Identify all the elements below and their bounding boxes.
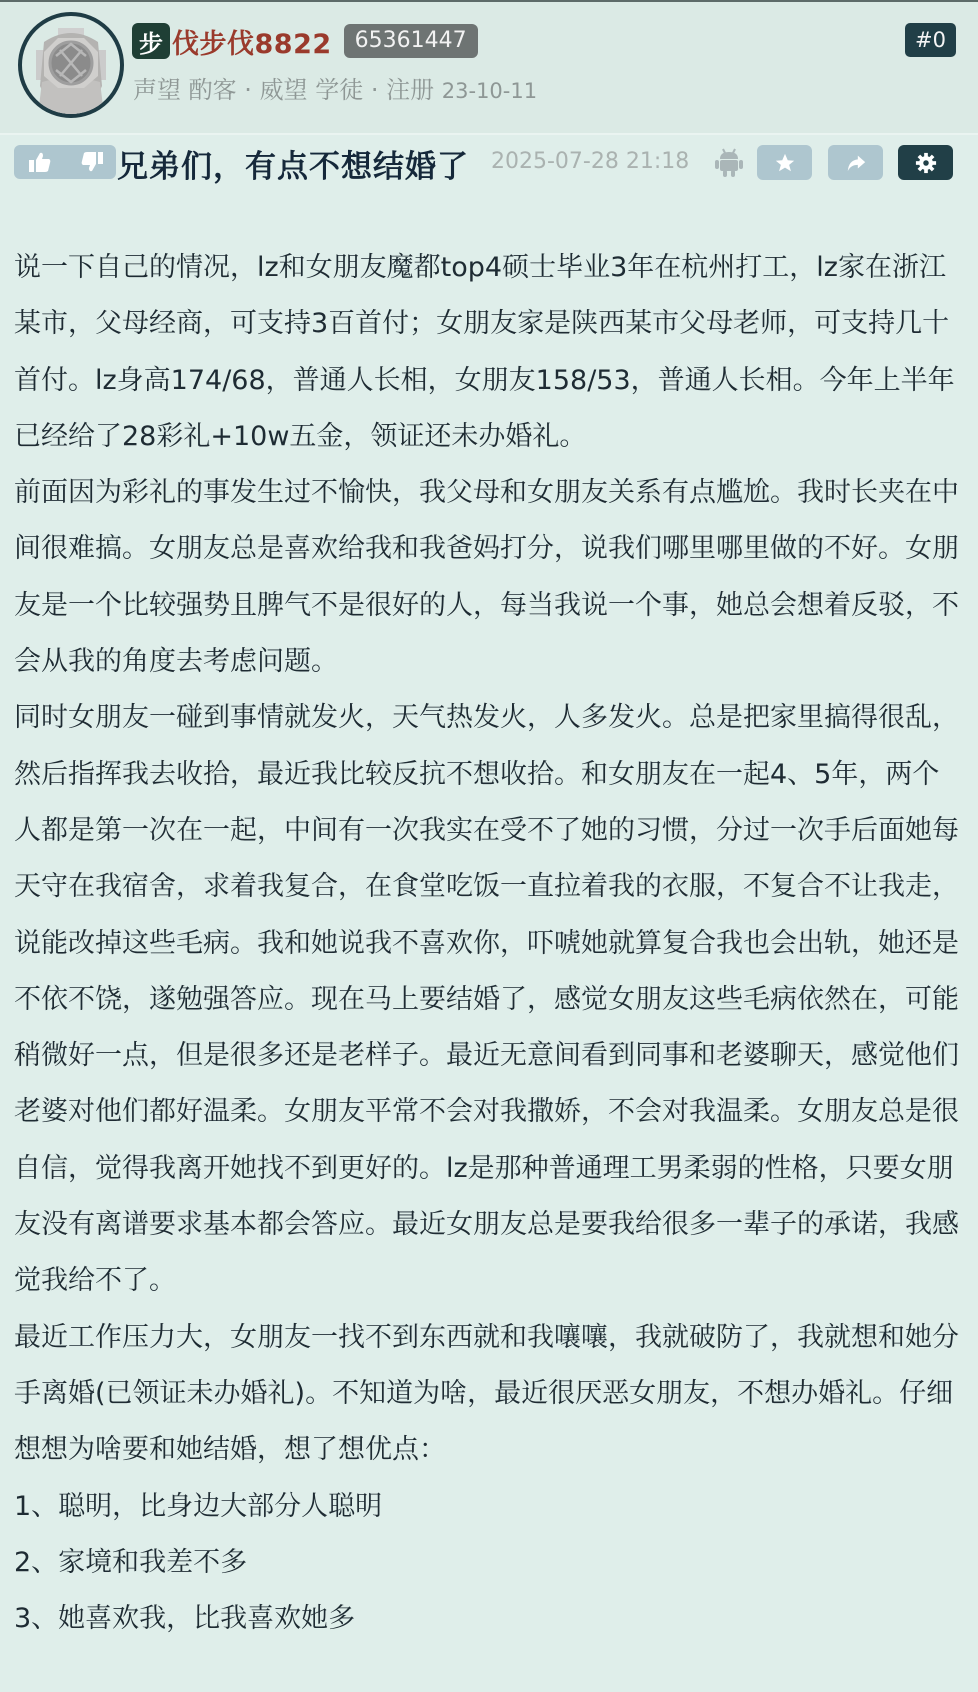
author-meta: 声望 酌客 · 威望 学徒 · 注册 23-10-11: [133, 70, 537, 105]
share-button[interactable]: [828, 145, 883, 180]
list-item: 3、她喜欢我，比我喜欢她多: [14, 1591, 964, 1647]
post-datetime: 2025-07-28 21:18: [491, 149, 689, 174]
post-body: 说一下自己的情况，lz和女朋友魔都top4硕士毕业3年在杭州打工，lz家在浙江某…: [14, 240, 964, 1647]
separator: ·: [371, 76, 379, 104]
author-username[interactable]: 伐步伐8822: [172, 22, 332, 61]
list-item: 2、家境和我差不多: [14, 1535, 964, 1591]
body-paragraph: 同时女朋友一碰到事情就发火，天气热发火，人多发火。总是把家里搞得很乱，然后指挥我…: [14, 690, 964, 1309]
prestige-label: 威望: [260, 76, 308, 104]
body-paragraph: 前面因为彩礼的事发生过不愉快，我父母和女朋友关系有点尴尬。我时长夹在中间很难搞。…: [14, 465, 964, 690]
level-badge: 步: [132, 23, 170, 59]
author-uid-badge: 65361447: [344, 24, 478, 58]
diving-helmet-icon: [22, 16, 120, 114]
post-action-bar: 兄弟们，有点不想结婚了 2025-07-28 21:18: [0, 137, 978, 197]
register-label: 注册: [386, 76, 434, 104]
reputation-value: 酌客: [189, 76, 237, 104]
share-icon: [845, 152, 867, 174]
author-name-row: 步 伐步伐8822 65361447: [132, 22, 478, 60]
list-item: 1、聪明，比身边大部分人聪明: [14, 1479, 964, 1535]
reputation-label: 声望: [133, 76, 181, 104]
vote-widget: [14, 145, 116, 179]
favorite-button[interactable]: [757, 145, 812, 180]
thumbs-down-icon[interactable]: [80, 151, 104, 173]
body-paragraph: 说一下自己的情况，lz和女朋友魔都top4硕士毕业3年在杭州打工，lz家在浙江某…: [14, 240, 964, 465]
body-paragraph: 最近工作压力大，女朋友一找不到东西就和我嚷嚷，我就破防了，我就想和她分手离婚(已…: [14, 1310, 964, 1479]
register-date: 23-10-11: [442, 79, 537, 103]
prestige-value: 学徒: [315, 76, 363, 104]
floor-badge: #0: [905, 23, 956, 57]
avatar[interactable]: [18, 12, 124, 118]
gear-icon: [915, 152, 937, 174]
android-icon: [715, 147, 743, 177]
post-author-header: 步 伐步伐8822 65361447 声望 酌客 · 威望 学徒 · 注册 23…: [0, 2, 978, 135]
settings-button[interactable]: [898, 145, 953, 180]
separator: ·: [244, 76, 252, 104]
star-icon: [774, 152, 796, 174]
post-title: 兄弟们，有点不想结婚了: [117, 141, 469, 186]
thumbs-up-icon[interactable]: [28, 151, 52, 173]
